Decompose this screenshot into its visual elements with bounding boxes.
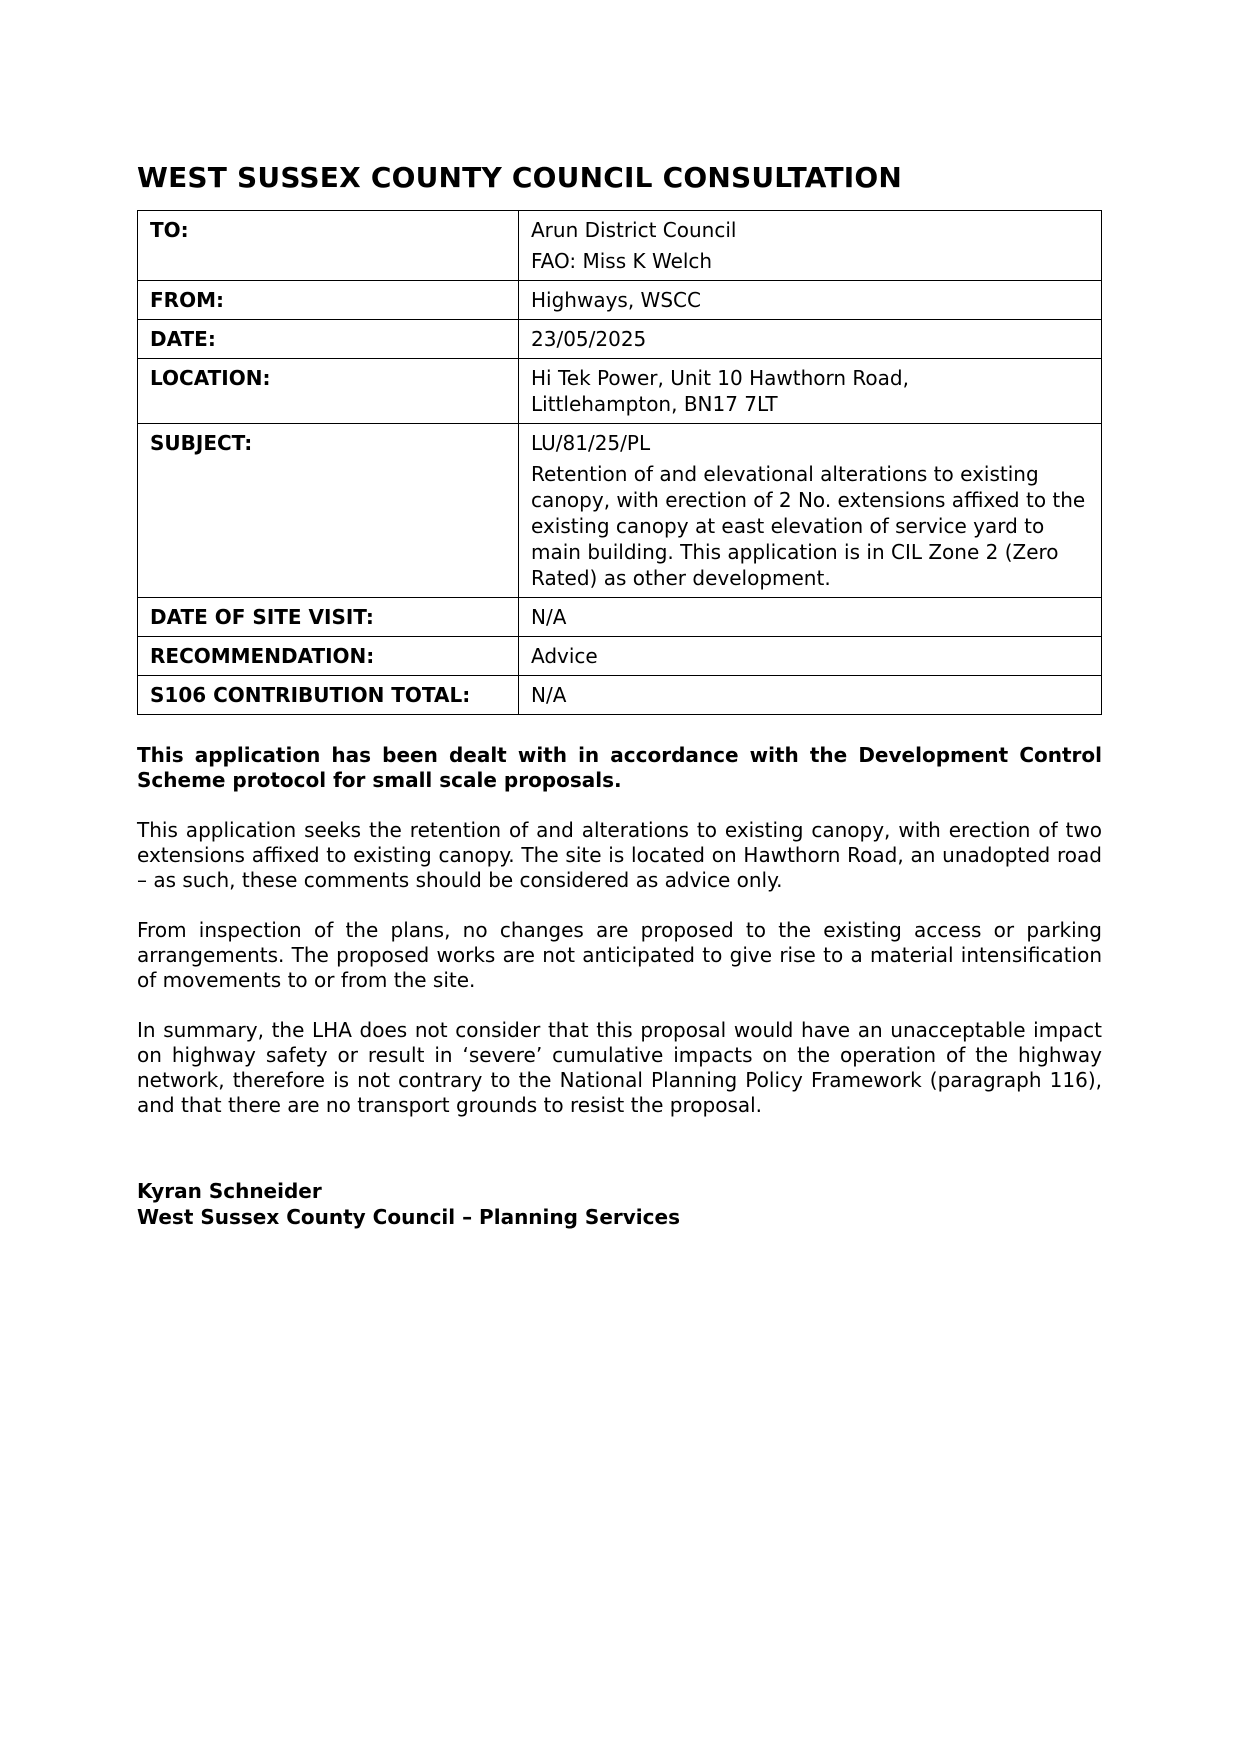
table-row-to: TO: Arun District Council FAO: Miss K We…	[138, 211, 1102, 281]
row-label: DATE OF SITE VISIT:	[138, 598, 519, 637]
paragraph-application-summary: This application seeks the retention of …	[137, 818, 1102, 893]
row-value: LU/81/25/PL Retention of and elevational…	[519, 424, 1102, 598]
consultation-document: WEST SUSSEX COUNTY COUNCIL CONSULTATION …	[137, 160, 1102, 1230]
row-label: RECOMMENDATION:	[138, 637, 519, 676]
application-reference: LU/81/25/PL	[531, 430, 1089, 456]
row-value: N/A	[519, 598, 1102, 637]
site-visit-value: N/A	[531, 604, 1089, 630]
sender: Highways, WSCC	[531, 287, 1089, 313]
row-label: S106 CONTRIBUTION TOTAL:	[138, 676, 519, 715]
table-row-from: FROM: Highways, WSCC	[138, 281, 1102, 320]
paragraph-conclusion: In summary, the LHA does not consider th…	[137, 1018, 1102, 1118]
row-label: FROM:	[138, 281, 519, 320]
row-label: SUBJECT:	[138, 424, 519, 598]
paragraph-access-assessment: From inspection of the plans, no changes…	[137, 918, 1102, 993]
row-label: TO:	[138, 211, 519, 281]
row-value: Advice	[519, 637, 1102, 676]
row-value: N/A	[519, 676, 1102, 715]
protocol-notice: This application has been dealt with in …	[137, 743, 1102, 793]
row-value: Highways, WSCC	[519, 281, 1102, 320]
recipient-organisation: Arun District Council	[531, 217, 1089, 243]
consultation-details-table: TO: Arun District Council FAO: Miss K We…	[137, 210, 1102, 715]
table-row-date: DATE: 23/05/2025	[138, 320, 1102, 359]
table-row-subject: SUBJECT: LU/81/25/PL Retention of and el…	[138, 424, 1102, 598]
row-value: Hi Tek Power, Unit 10 Hawthorn Road, Lit…	[519, 359, 1102, 424]
table-row-site-visit: DATE OF SITE VISIT: N/A	[138, 598, 1102, 637]
application-description: Retention of and elevational alterations…	[531, 461, 1089, 591]
row-value: Arun District Council FAO: Miss K Welch	[519, 211, 1102, 281]
row-label: DATE:	[138, 320, 519, 359]
recipient-fao: FAO: Miss K Welch	[531, 248, 1089, 274]
recommendation-value: Advice	[531, 643, 1089, 669]
signatory-name: Kyran Schneider	[137, 1178, 1102, 1204]
table-row-recommendation: RECOMMENDATION: Advice	[138, 637, 1102, 676]
s106-value: N/A	[531, 682, 1089, 708]
document-title: WEST SUSSEX COUNTY COUNCIL CONSULTATION	[137, 160, 1102, 196]
table-row-s106: S106 CONTRIBUTION TOTAL: N/A	[138, 676, 1102, 715]
date-value: 23/05/2025	[531, 326, 1089, 352]
location-line-2: Littlehampton, BN17 7LT	[531, 391, 1089, 417]
row-value: 23/05/2025	[519, 320, 1102, 359]
signatory-organisation: West Sussex County Council – Planning Se…	[137, 1204, 1102, 1230]
row-label: LOCATION:	[138, 359, 519, 424]
location-line-1: Hi Tek Power, Unit 10 Hawthorn Road,	[531, 365, 1089, 391]
signature-block: Kyran Schneider West Sussex County Counc…	[137, 1178, 1102, 1230]
table-row-location: LOCATION: Hi Tek Power, Unit 10 Hawthorn…	[138, 359, 1102, 424]
